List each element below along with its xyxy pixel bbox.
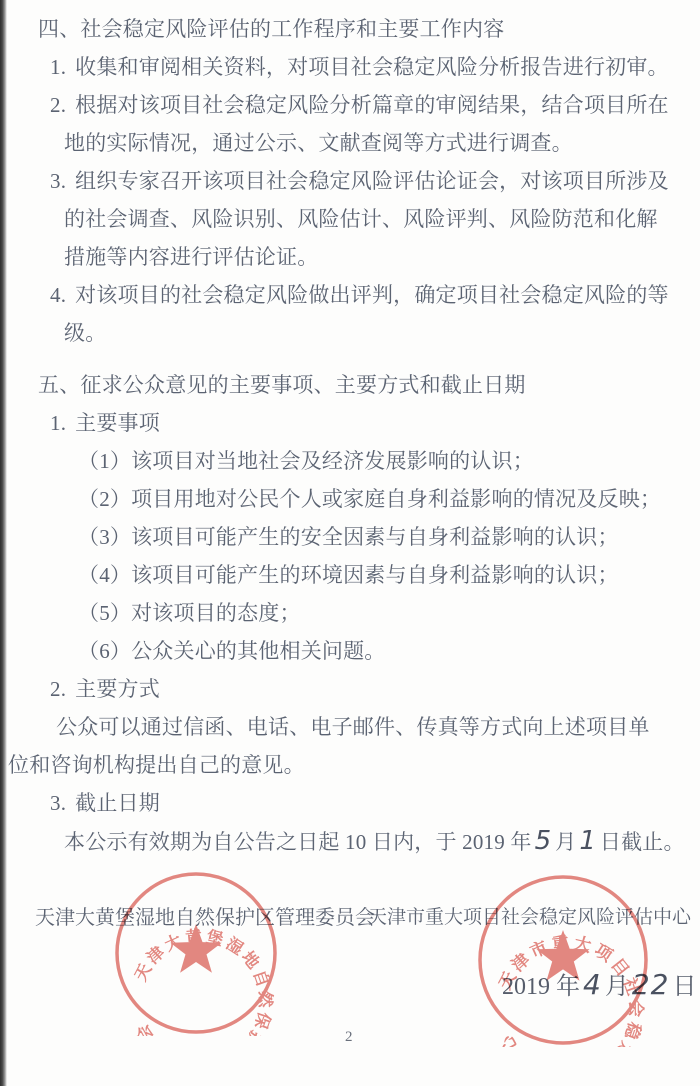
item-text: 对该项目的社会稳定风险做出评判，确定项目社会稳定风险的等级。 xyxy=(64,283,669,345)
item-text: 收集和审阅相关资料，对项目社会稳定风险分析报告进行初审。 xyxy=(75,55,669,79)
scanned-document-page: { "colors":{"seal_red":"#dd6a62","text_g… xyxy=(0,0,700,1086)
list-point: （6）公众关心的其他相关问题。 xyxy=(8,632,676,670)
item-number: 1. xyxy=(50,55,75,79)
list-point: （1）该项目对当地社会及经济发展影响的认识； xyxy=(8,442,676,480)
document-body: 四、社会稳定风险评估的工作程序和主要工作内容 1.收集和审阅相关资料，对项目社会… xyxy=(8,10,676,861)
sub-section-title: 1.主要事项 xyxy=(8,404,676,442)
deadline-line: 本公示有效期为自公告之日起 10 日内，于 2019 年5月1日截止。 xyxy=(8,822,676,861)
page-number: 2 xyxy=(345,1029,353,1046)
section-four-heading: 四、社会稳定风险评估的工作程序和主要工作内容 xyxy=(8,10,676,48)
sub-section-title: 3.截止日期 xyxy=(8,784,676,822)
list-point: （4）该项目可能产生的环境因素与自身利益影响的认识； xyxy=(8,556,676,594)
official-seal-left: 天津大黄堡湿地自然保护区管理委员会 xyxy=(113,870,279,1036)
sub-section-title: 2.主要方式 xyxy=(8,670,676,708)
item-number: 4. xyxy=(50,283,75,307)
document-page: 四、社会稳定风险评估的工作程序和主要工作内容 1.收集和审阅相关资料，对项目社会… xyxy=(0,0,700,1086)
item-text: 主要事项 xyxy=(75,411,160,435)
date-suffix: 日 xyxy=(672,974,696,1000)
item-number: 1. xyxy=(50,411,75,435)
item-number: 2. xyxy=(50,93,75,117)
section-five-heading: 五、征求公众意见的主要事项、主要方式和截止日期 xyxy=(8,366,676,404)
item-number: 3. xyxy=(50,791,75,815)
month-label: 月 xyxy=(555,830,576,854)
list-point: （2）项目用地对公民个人或家庭自身利益影响的情况及反映； xyxy=(8,480,676,518)
list-item: 2.根据对该项目社会稳定风险分析篇章的审阅结果，结合项目所在地的实际情况，通过公… xyxy=(8,86,676,162)
official-seal-right: 天津市重大项目社会稳定风险评估中心 xyxy=(476,873,650,1047)
handwritten-month: 5 xyxy=(532,826,556,856)
scan-edge-artifact xyxy=(0,0,7,1086)
list-item: 4.对该项目的社会稳定风险做出评判，确定项目社会稳定风险的等级。 xyxy=(8,276,676,352)
item-text: 根据对该项目社会稳定风险分析篇章的审阅结果，结合项目所在地的实际情况，通过公示、… xyxy=(64,93,669,155)
list-point: （5）对该项目的态度； xyxy=(8,594,676,632)
body-paragraph: 公众可以通过信函、电话、电子邮件、传真等方式向上述项目单位和咨询机构提出自己的意… xyxy=(8,708,676,784)
list-item: 1.收集和审阅相关资料，对项目社会稳定风险分析报告进行初审。 xyxy=(8,48,676,86)
list-point: （3）该项目可能产生的安全因素与自身利益影响的认识； xyxy=(8,518,676,556)
deadline-text: 本公示有效期为自公告之日起 10 日内，于 2019 年 xyxy=(64,830,532,854)
deadline-suffix: 日截止。 xyxy=(600,830,685,854)
handwritten-day: 1 xyxy=(576,826,600,856)
item-text: 组织专家召开该项目社会稳定风险评估论证会，对该项目所涉及的社会调查、风险识别、风… xyxy=(64,169,669,269)
item-number: 3. xyxy=(50,169,75,193)
item-number: 2. xyxy=(50,677,75,701)
item-text: 截止日期 xyxy=(75,791,160,815)
item-text: 主要方式 xyxy=(75,677,160,701)
list-item: 3.组织专家召开该项目社会稳定风险评估论证会，对该项目所涉及的社会调查、风险识别… xyxy=(8,162,676,276)
